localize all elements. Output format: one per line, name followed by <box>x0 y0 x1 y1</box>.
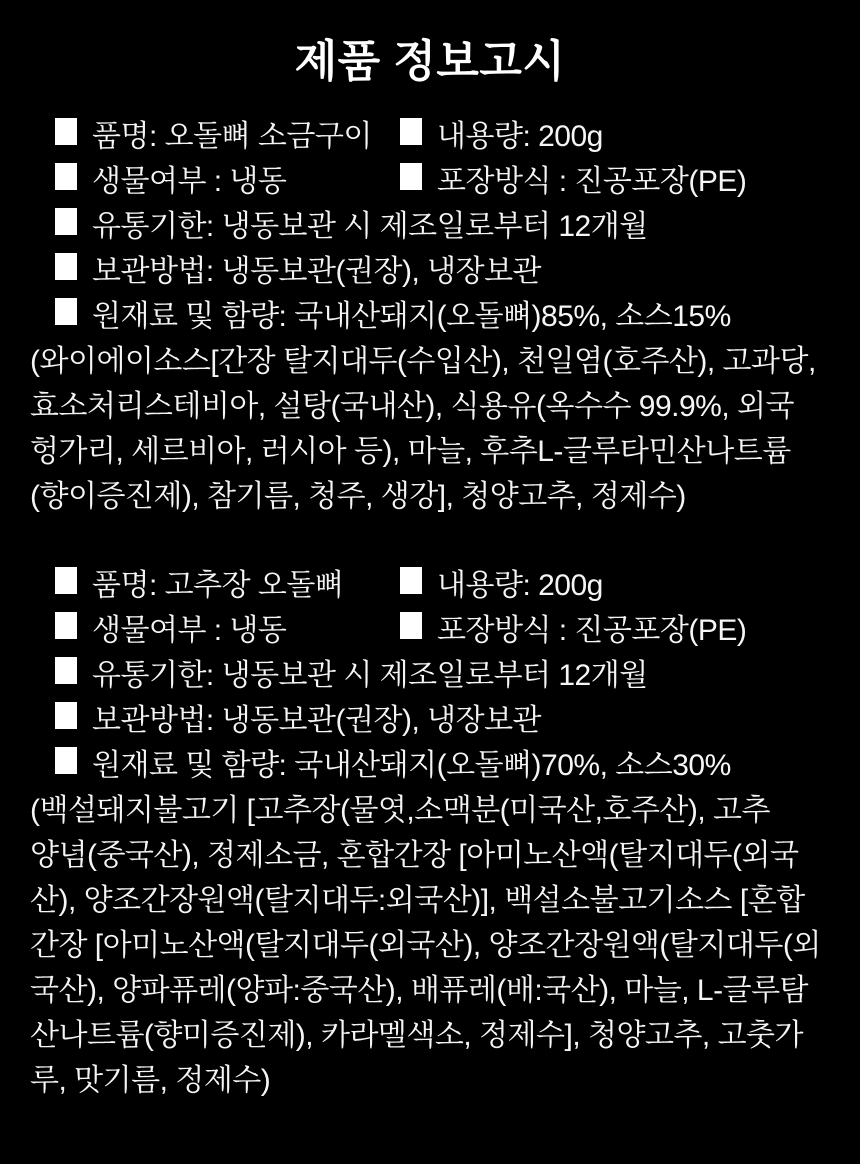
raw-state-text: 생물여부 : 냉동 <box>92 156 286 200</box>
bullet-square-icon <box>55 747 77 774</box>
product-name-text: 품명: 오돌뼈 소금구이 <box>92 111 372 155</box>
pair-row: 품명: 오돌뼈 소금구이 내용량: 200g <box>0 110 860 155</box>
bullet-square-icon <box>400 118 422 145</box>
pair-row: 생물여부 : 냉동 포장방식 : 진공포장(PE) <box>0 604 860 649</box>
product-name-field: 품명: 고추장 오돌뼈 <box>55 560 400 604</box>
ingredients-wrap-line: (와이에이소스[간장 탈지대두(수입산), 천일염(호주산), 고과당, <box>0 335 860 380</box>
raw-state-field: 생물여부 : 냉동 <box>55 605 400 649</box>
pair-row: 생물여부 : 냉동 포장방식 : 진공포장(PE) <box>0 155 860 200</box>
bullet-square-icon <box>55 657 77 684</box>
bullet-square-icon <box>55 208 77 235</box>
raw-state-field: 생물여부 : 냉동 <box>55 156 400 200</box>
bullet-square-icon <box>55 253 77 280</box>
shelf-life-text: 유통기한: 냉동보관 시 제조일로부터 12개월 <box>92 650 648 694</box>
product-name-field: 품명: 오돌뼈 소금구이 <box>55 111 400 155</box>
bullet-square-icon <box>55 612 77 639</box>
net-weight-field: 내용량: 200g <box>400 111 603 155</box>
ingredients-wrap-line: 헝가리, 세르비아, 러시아 등), 마늘, 후추L-글루타민산나트륨 <box>0 425 860 470</box>
product-section-salted: 품명: 오돌뼈 소금구이 내용량: 200g 생물여부 : 냉동 포장방식 : … <box>0 110 860 515</box>
shelf-life-field: 유통기한: 냉동보관 시 제조일로부터 12개월 <box>0 200 860 245</box>
ingredients-wrap-line: 산나트륨(향미증진제), 카라멜색소, 정제수], 청양고추, 고춧가 <box>0 1009 860 1054</box>
packaging-text: 포장방식 : 진공포장(PE) <box>437 156 746 200</box>
storage-method-field: 보관방법: 냉동보관(권장), 냉장보관 <box>0 245 860 290</box>
ingredients-wrap-line: 국산), 양파퓨레(양파:중국산), 배퓨레(배:국산), 마늘, L-글루탐 <box>0 964 860 1009</box>
page-title: 제품 정보고시 <box>0 0 860 86</box>
shelf-life-field: 유통기한: 냉동보관 시 제조일로부터 12개월 <box>0 649 860 694</box>
ingredients-wrap-line: 산), 양조간장원액(탈지대두:외국산)], 백설소불고기소스 [혼합 <box>0 874 860 919</box>
net-weight-text: 내용량: 200g <box>437 560 603 604</box>
bullet-square-icon <box>55 118 77 145</box>
storage-method-text: 보관방법: 냉동보관(권장), 냉장보관 <box>92 246 541 290</box>
packaging-field: 포장방식 : 진공포장(PE) <box>400 605 746 649</box>
ingredients-wrap-line: (향이증진제), 참기름, 청주, 생강], 청양고추, 정제수) <box>0 470 860 515</box>
product-section-gochujang: 품명: 고추장 오돌뼈 내용량: 200g 생물여부 : 냉동 포장방식 : 진… <box>0 559 860 1099</box>
packaging-text: 포장방식 : 진공포장(PE) <box>437 605 746 649</box>
shelf-life-text: 유통기한: 냉동보관 시 제조일로부터 12개월 <box>92 201 648 245</box>
ingredients-wrap-line: 양념(중국산), 정제소금, 혼합간장 [아미노산액(탈지대두(외국 <box>0 829 860 874</box>
packaging-field: 포장방식 : 진공포장(PE) <box>400 156 746 200</box>
storage-method-text: 보관방법: 냉동보관(권장), 냉장보관 <box>92 695 541 739</box>
ingredients-field: 원재료 및 함량: 국내산돼지(오돌뼈)70%, 소스30% <box>0 739 860 784</box>
ingredients-field: 원재료 및 함량: 국내산돼지(오돌뼈)85%, 소스15% <box>0 290 860 335</box>
product-name-text: 품명: 고추장 오돌뼈 <box>92 560 343 604</box>
ingredients-wrap-line: (백설돼지불고기 [고추장(물엿,소맥분(미국산,호주산), 고추 <box>0 784 860 829</box>
bullet-square-icon <box>400 567 422 594</box>
product-info-sheet: 제품 정보고시 품명: 오돌뼈 소금구이 내용량: 200g 생물여부 : 냉동… <box>0 0 860 1164</box>
ingredients-wrap-line: 효소처리스테비아, 설탕(국내산), 식용유(옥수수 99.9%, 외국 <box>0 380 860 425</box>
bullet-square-icon <box>55 567 77 594</box>
raw-state-text: 생물여부 : 냉동 <box>92 605 286 649</box>
bullet-square-icon <box>400 612 422 639</box>
net-weight-field: 내용량: 200g <box>400 560 603 604</box>
bullet-square-icon <box>400 163 422 190</box>
ingredients-wrap-line: 간장 [아미노산액(탈지대두(외국산), 양조간장원액(탈지대두(외 <box>0 919 860 964</box>
bullet-square-icon <box>55 702 77 729</box>
bullet-square-icon <box>55 298 77 325</box>
net-weight-text: 내용량: 200g <box>437 111 603 155</box>
ingredients-wrap-line: 루, 맛기름, 정제수) <box>0 1054 860 1099</box>
storage-method-field: 보관방법: 냉동보관(권장), 냉장보관 <box>0 694 860 739</box>
bullet-square-icon <box>55 163 77 190</box>
ingredients-text: 원재료 및 함량: 국내산돼지(오돌뼈)85%, 소스15% <box>92 291 731 335</box>
pair-row: 품명: 고추장 오돌뼈 내용량: 200g <box>0 559 860 604</box>
ingredients-text: 원재료 및 함량: 국내산돼지(오돌뼈)70%, 소스30% <box>92 740 731 784</box>
